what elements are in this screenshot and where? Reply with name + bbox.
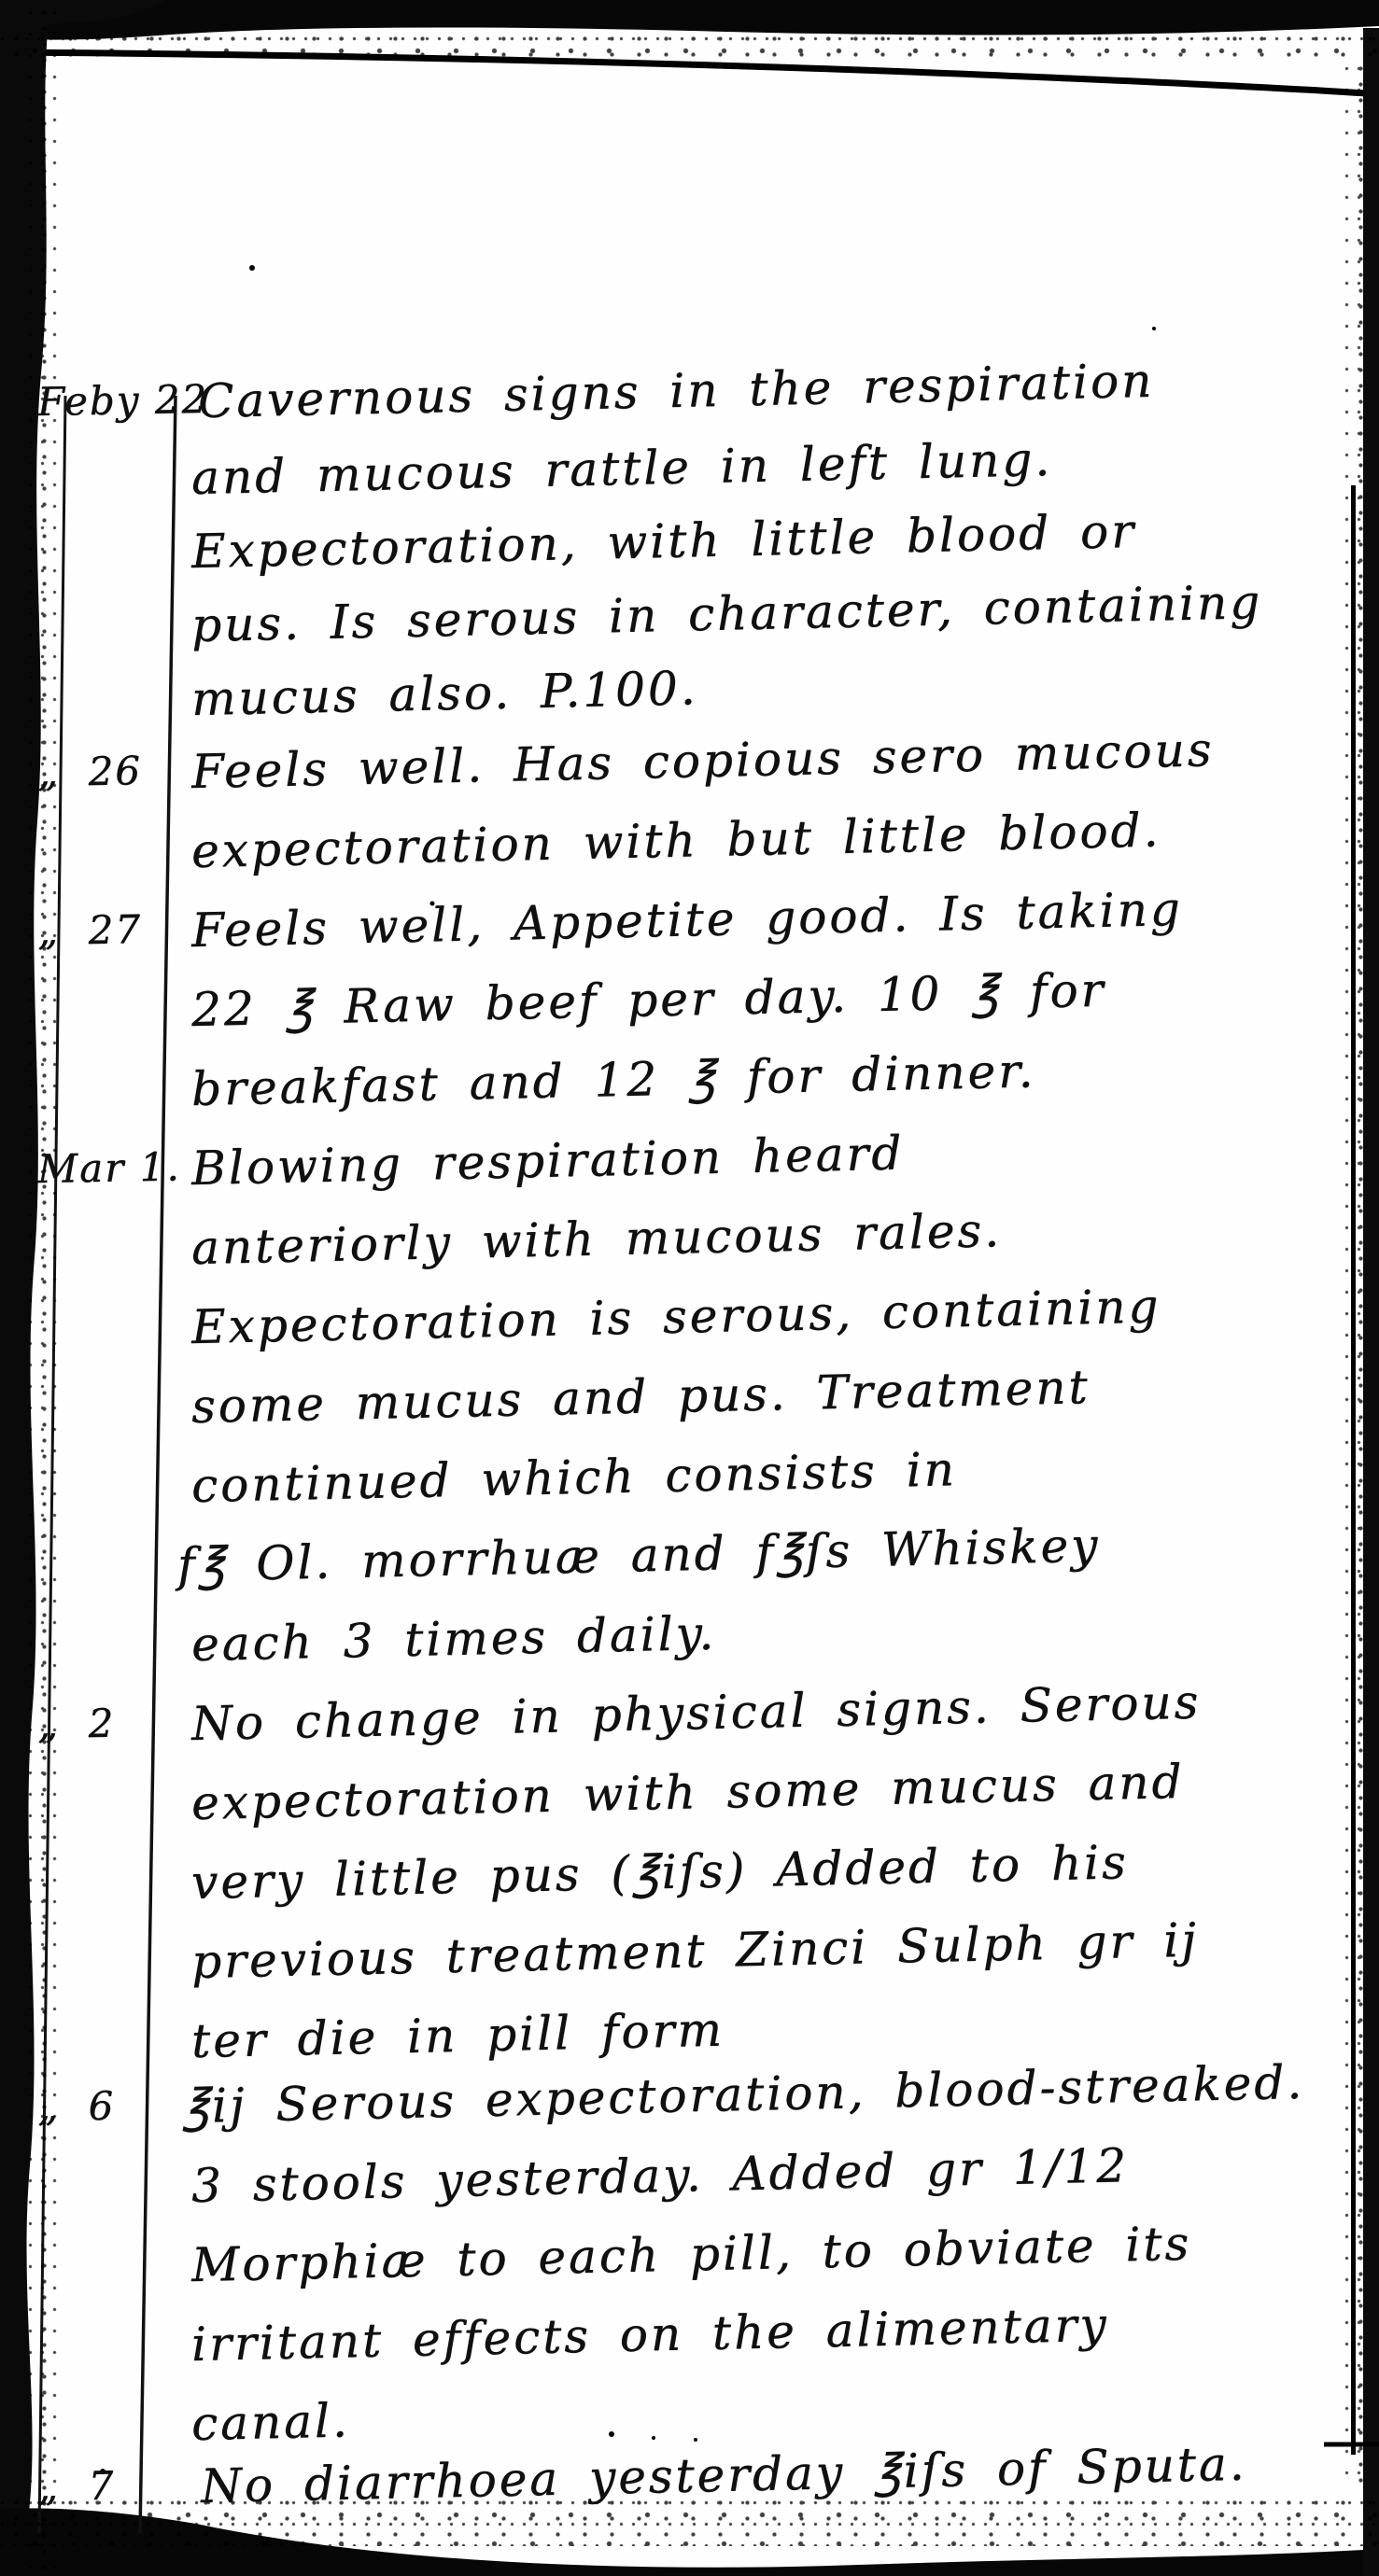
journal-entry: Feby 22 Cavernous signs in the respirati…: [0, 362, 1379, 736]
journal-entry: „ 2 No change in physical signs. Serous …: [0, 1685, 1379, 2081]
journal-entry: „ 26 Feels well. Has copious sero mucous…: [0, 733, 1379, 891]
journal-entry: „ 6 ℥ij Serous expectoration, blood-stre…: [0, 2067, 1379, 2464]
entry-date: „ 2: [36, 1682, 187, 1764]
top-scan-band: [0, 0, 1379, 40]
journal-entry: „ 27 Feels well, Appetite good. Is takin…: [0, 891, 1379, 1129]
entry-date: „ 7: [36, 2444, 187, 2527]
entry-date: „ 6: [36, 2065, 187, 2147]
entry-date: „ 27: [36, 889, 187, 971]
journal-entry: Mar 1. Blowing respiration heard anterio…: [0, 1129, 1379, 1685]
entry-date: „ 26: [36, 730, 187, 812]
journal-entry: „ 7 No diarrhoea yesterday ℥iſs of Sputa…: [0, 2447, 1379, 2527]
scanned-page: Feby 22 Cavernous signs in the respirati…: [0, 0, 1379, 2576]
page-top-edge: [0, 52, 1379, 94]
left-binding-top-blob: [0, 0, 166, 27]
entry-date: Mar 1.: [36, 1127, 187, 1209]
entry-date: Feby 22: [36, 359, 187, 441]
top-edge-speckle: [0, 26, 1379, 58]
